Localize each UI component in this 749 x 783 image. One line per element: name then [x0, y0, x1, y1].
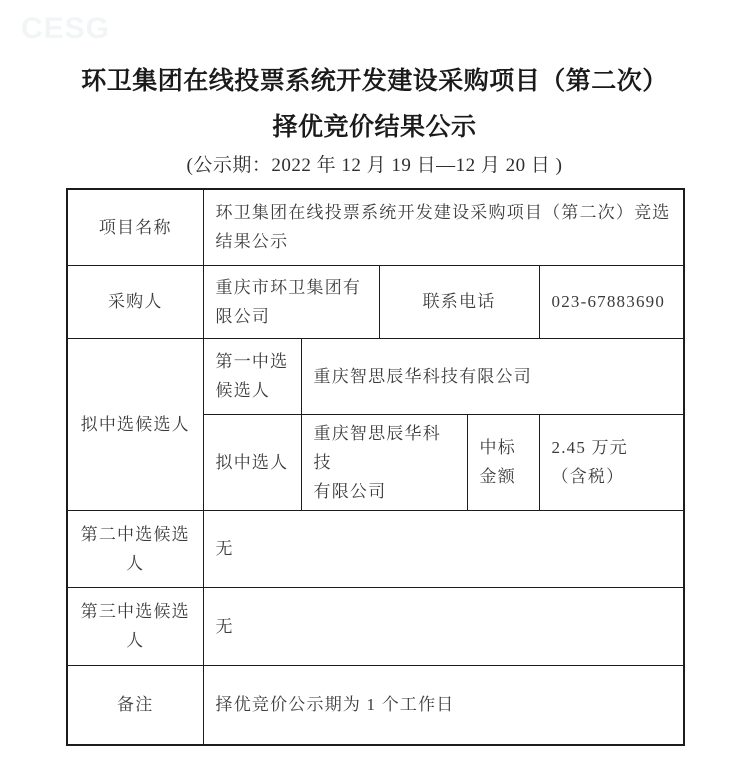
- table-row-third-candidate: 第三中选候选人 无: [67, 587, 684, 665]
- page-title-line1: 环卫集团在线投票系统开发建设采购项目（第二次）: [0, 59, 749, 105]
- page-title-line2: 择优竞价结果公示: [0, 105, 749, 151]
- announcement-page: { "colors":{ "background":"#ffffff", "bo…: [0, 0, 749, 783]
- page-title: 环卫集团在线投票系统开发建设采购项目（第二次） 择优竞价结果公示: [0, 59, 749, 151]
- bid-amount-value: 2.45 万元 （含税）: [539, 414, 684, 510]
- remark-value: 择优竞价公示期为 1 个工作日: [203, 665, 684, 745]
- third-candidate-label: 第三中选候选人: [67, 587, 203, 665]
- purchaser-value: 重庆市环卫集团有 限公司: [203, 265, 379, 338]
- table-row-second-candidate: 第二中选候选人 无: [67, 510, 684, 587]
- first-candidate-label: 第一中选 候选人: [203, 338, 301, 414]
- purchaser-label: 采购人: [67, 265, 203, 338]
- candidates-label: 拟中选候选人: [67, 338, 203, 510]
- first-candidate-value: 重庆智思辰华科技有限公司: [301, 338, 684, 414]
- result-table-wrapper: 项目名称 环卫集团在线投票系统开发建设采购项目（第二次）竞选 结果公示 采购人 …: [66, 188, 685, 746]
- bid-amount-label: 中标 金额: [467, 414, 539, 510]
- publicity-period: (公示期：2022 年 12 月 19 日—12 月 20 日 ): [0, 153, 749, 179]
- selected-candidate-label: 拟中选人: [203, 414, 301, 510]
- cesg-watermark: CESG: [21, 12, 110, 46]
- contact-phone-label: 联系电话: [379, 265, 539, 338]
- project-name-label: 项目名称: [67, 189, 203, 265]
- second-candidate-label: 第二中选候选人: [67, 510, 203, 587]
- table-row-project: 项目名称 环卫集团在线投票系统开发建设采购项目（第二次）竞选 结果公示: [67, 189, 684, 265]
- second-candidate-value: 无: [203, 510, 684, 587]
- table-row-purchaser: 采购人 重庆市环卫集团有 限公司 联系电话 023-67883690: [67, 265, 684, 338]
- project-name-value: 环卫集团在线投票系统开发建设采购项目（第二次）竞选 结果公示: [203, 189, 684, 265]
- remark-label: 备注: [67, 665, 203, 745]
- table-row-first-candidate: 拟中选候选人 第一中选 候选人 重庆智思辰华科技有限公司: [67, 338, 684, 414]
- selected-candidate-value: 重庆智思辰华科技 有限公司: [301, 414, 467, 510]
- contact-phone-value: 023-67883690: [539, 265, 684, 338]
- result-table: 项目名称 环卫集团在线投票系统开发建设采购项目（第二次）竞选 结果公示 采购人 …: [66, 188, 685, 746]
- third-candidate-value: 无: [203, 587, 684, 665]
- table-row-remark: 备注 择优竞价公示期为 1 个工作日: [67, 665, 684, 745]
